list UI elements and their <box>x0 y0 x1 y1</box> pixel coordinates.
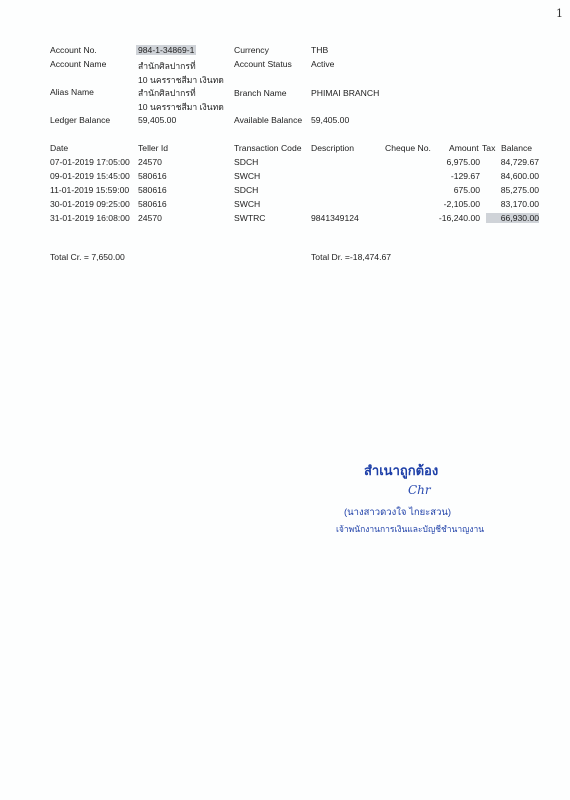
cell-balance: 83,170.00 <box>486 199 539 209</box>
header-transaction-code: Transaction Code <box>234 143 302 153</box>
currency-label: Currency <box>234 45 269 55</box>
account-status-label: Account Status <box>234 59 292 69</box>
cell-date: 30-01-2019 09:25:00 <box>50 199 130 209</box>
certified-copy-title: สำเนาถูกต้อง <box>364 460 438 481</box>
account-name-line1: สำนักศิลปากรที่ <box>138 59 196 73</box>
account-no-label: Account No. <box>50 45 97 55</box>
total-debit: Total Dr. =-18,474.67 <box>311 252 391 262</box>
cell-amount: -16,240.00 <box>420 213 480 223</box>
header-amount: Amount <box>449 143 479 153</box>
account-no-value: 984-1-34869-1 <box>136 45 196 55</box>
account-name-label: Account Name <box>50 59 106 69</box>
cell-description: 9841349124 <box>311 213 359 223</box>
cell-balance: 85,275.00 <box>486 185 539 195</box>
ledger-balance-value: 59,405.00 <box>138 115 176 125</box>
signer-name: (นางสาวดวงใจ ไกยะสวน) <box>344 505 451 520</box>
cell-teller-id: 24570 <box>138 157 162 167</box>
cell-teller-id: 580616 <box>138 199 167 209</box>
cell-balance: 84,600.00 <box>486 171 539 181</box>
alias-name-label: Alias Name <box>50 87 94 97</box>
account-name-line2: 10 นครราชสีมา เงินทด <box>138 73 224 87</box>
alias-name-line2: 10 นครราชสีมา เงินทด <box>138 100 224 114</box>
branch-name-label: Branch Name <box>234 88 287 98</box>
page-number: 1 <box>556 7 563 20</box>
cell-date: 07-01-2019 17:05:00 <box>50 157 130 167</box>
cell-date: 31-01-2019 16:08:00 <box>50 213 130 223</box>
header-teller-id: Teller Id <box>138 143 168 153</box>
header-balance: Balance <box>501 143 532 153</box>
header-tax: Tax <box>482 143 495 153</box>
cell-teller-id: 24570 <box>138 213 162 223</box>
cell-teller-id: 580616 <box>138 185 167 195</box>
cell-amount: -129.67 <box>420 171 480 181</box>
available-balance-value: 59,405.00 <box>311 115 349 125</box>
cell-amount: 675.00 <box>420 185 480 195</box>
cell-transaction-code: SDCH <box>234 157 258 167</box>
account-status-value: Active <box>311 59 334 69</box>
signature: Chr <box>408 483 431 497</box>
cell-amount: 6,975.00 <box>420 157 480 167</box>
branch-name-value: PHIMAI BRANCH <box>311 88 379 98</box>
ledger-balance-label: Ledger Balance <box>50 115 110 125</box>
cell-transaction-code: SWCH <box>234 199 260 209</box>
header-description: Description <box>311 143 354 153</box>
signer-position: เจ้าพนักงานการเงินและบัญชีชำนาญงาน <box>336 522 484 536</box>
cell-date: 09-01-2019 15:45:00 <box>50 171 130 181</box>
total-credit: Total Cr. = 7,650.00 <box>50 252 125 262</box>
cell-date: 11-01-2019 15:59:00 <box>50 185 129 195</box>
header-cheque-no: Cheque No. <box>385 143 431 153</box>
cell-transaction-code: SDCH <box>234 185 258 195</box>
available-balance-label: Available Balance <box>234 115 302 125</box>
cell-amount: -2,105.00 <box>420 199 480 209</box>
alias-name-line1: สำนักศิลปากรที่ <box>138 86 196 100</box>
cell-balance: 66,930.00 <box>486 213 539 223</box>
header-date: Date <box>50 143 68 153</box>
cell-transaction-code: SWTRC <box>234 213 266 223</box>
currency-value: THB <box>311 45 328 55</box>
cell-teller-id: 580616 <box>138 171 167 181</box>
cell-balance: 84,729.67 <box>486 157 539 167</box>
cell-transaction-code: SWCH <box>234 171 260 181</box>
